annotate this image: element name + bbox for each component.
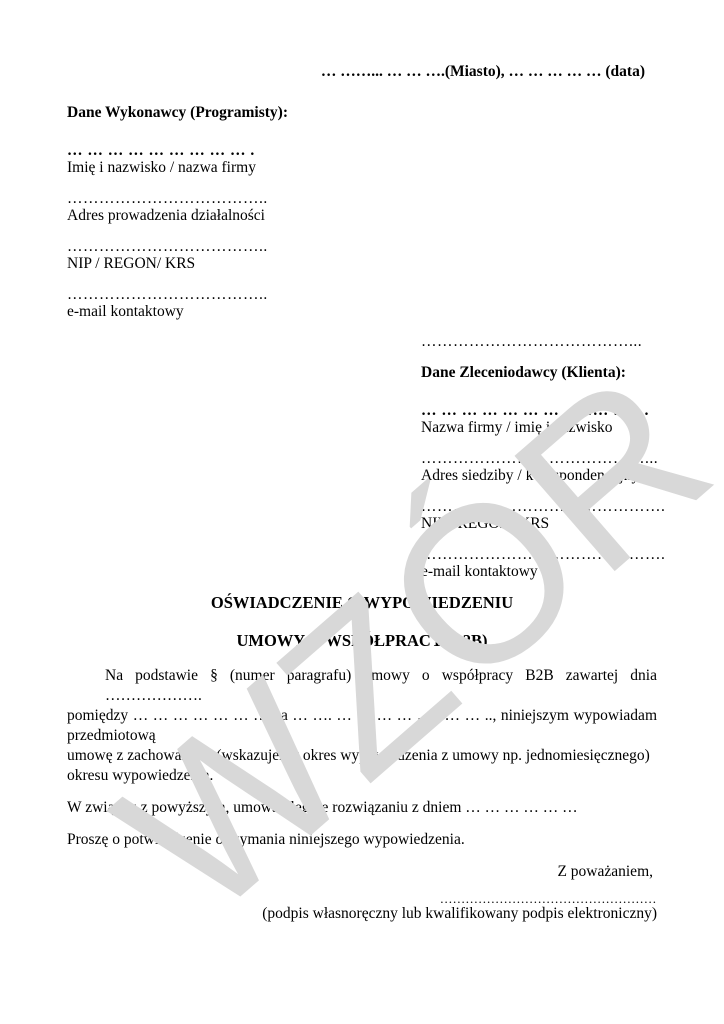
contractor-field-nip: ……………………………….. NIP / REGON/ KRS [67, 239, 657, 272]
dotted-fill-line: … … … … … … … .. …… … … [421, 403, 657, 419]
client-field-address: ……………………………………... Adres siedziby / kores… [421, 451, 657, 484]
dotted-fill-line: …………………………………... [421, 334, 657, 350]
dotted-fill-line: ……………………………….. [67, 239, 657, 255]
field-label: Adres siedziby / korespondencyjny [421, 467, 657, 484]
body-paragraph-line: umowę z zachowaniem (wskazujemy okres wy… [67, 746, 657, 766]
contractor-field-address: ……………………………….. Adres prowadzenia działal… [67, 191, 657, 224]
contractor-heading: Dane Wykonawcy (Programisty): [67, 104, 657, 121]
field-label: NIP / REGON/ KRS [421, 515, 657, 532]
confirmation-request-line: Proszę o potwierdzenie otrzymania niniej… [67, 831, 657, 848]
field-label: NIP / REGON/ KRS [67, 255, 657, 272]
body-paragraph-line: Na podstawie § (numer paragrafu) umowy o… [67, 666, 657, 706]
contractor-field-name: … … … … … … … … … . Imię i nazwisko / na… [67, 143, 657, 176]
contractor-field-email: ……………………………….. e-mail kontaktowy [67, 287, 657, 320]
body-paragraph-line: okresu wypowiedzenia. [67, 766, 657, 786]
document-page: … ……... … … ….(Miasto), … … … … … (data)… [0, 0, 724, 1024]
document-title-line-2: UMOWY O WSPÓŁPRACY (B2B) [67, 632, 657, 650]
dissolution-date-line: W związku z powyższym, umowa ulegnie roz… [67, 799, 657, 816]
body-paragraph-line: pomiędzy … … … … … … … ..a … …. … … … … … [67, 706, 657, 746]
dotted-fill-line: ……………………………………... [421, 451, 657, 467]
client-heading: Dane Zleceniodawcy (Klienta): [421, 364, 657, 381]
dotted-fill-line: ……………………………….. [67, 191, 657, 207]
dotted-fill-line: ……………………………….. [67, 287, 657, 303]
signature-dotted-line: ........................................… [67, 894, 657, 904]
field-label: e-mail kontaktowy [421, 563, 657, 580]
client-block: …………………………………... Dane Zleceniodawcy (Kli… [421, 334, 657, 580]
signature-caption: (podpis własnoręczny lub kwalifikowany p… [67, 904, 657, 923]
body-paragraph: Na podstawie § (numer paragrafu) umowy o… [67, 666, 657, 786]
field-label: Nazwa firmy / imię i nazwisko [421, 419, 657, 436]
city-date-line: … ……... … … ….(Miasto), … … … … … (data) [67, 64, 657, 80]
field-label: Imię i nazwisko / nazwa firmy [67, 159, 657, 176]
dotted-fill-line: ………………………………………. [421, 547, 657, 563]
dotted-fill-line: ………………………………………. [421, 499, 657, 515]
client-field-name: … … … … … … … .. …… … … Nazwa firmy / im… [421, 403, 657, 436]
client-field-email: ………………………………………. e-mail kontaktowy [421, 547, 657, 580]
dotted-fill-line: … … … … … … … … … . [67, 143, 657, 159]
field-label: Adres prowadzenia działalności [67, 207, 657, 224]
field-label: e-mail kontaktowy [67, 303, 657, 320]
client-field-nip: ………………………………………. NIP / REGON/ KRS [421, 499, 657, 532]
closing-salutation: Z poważaniem, [67, 863, 657, 880]
document-title-line-1: OŚWIADCZENIE O WYPOWIEDZENIU [67, 594, 657, 612]
